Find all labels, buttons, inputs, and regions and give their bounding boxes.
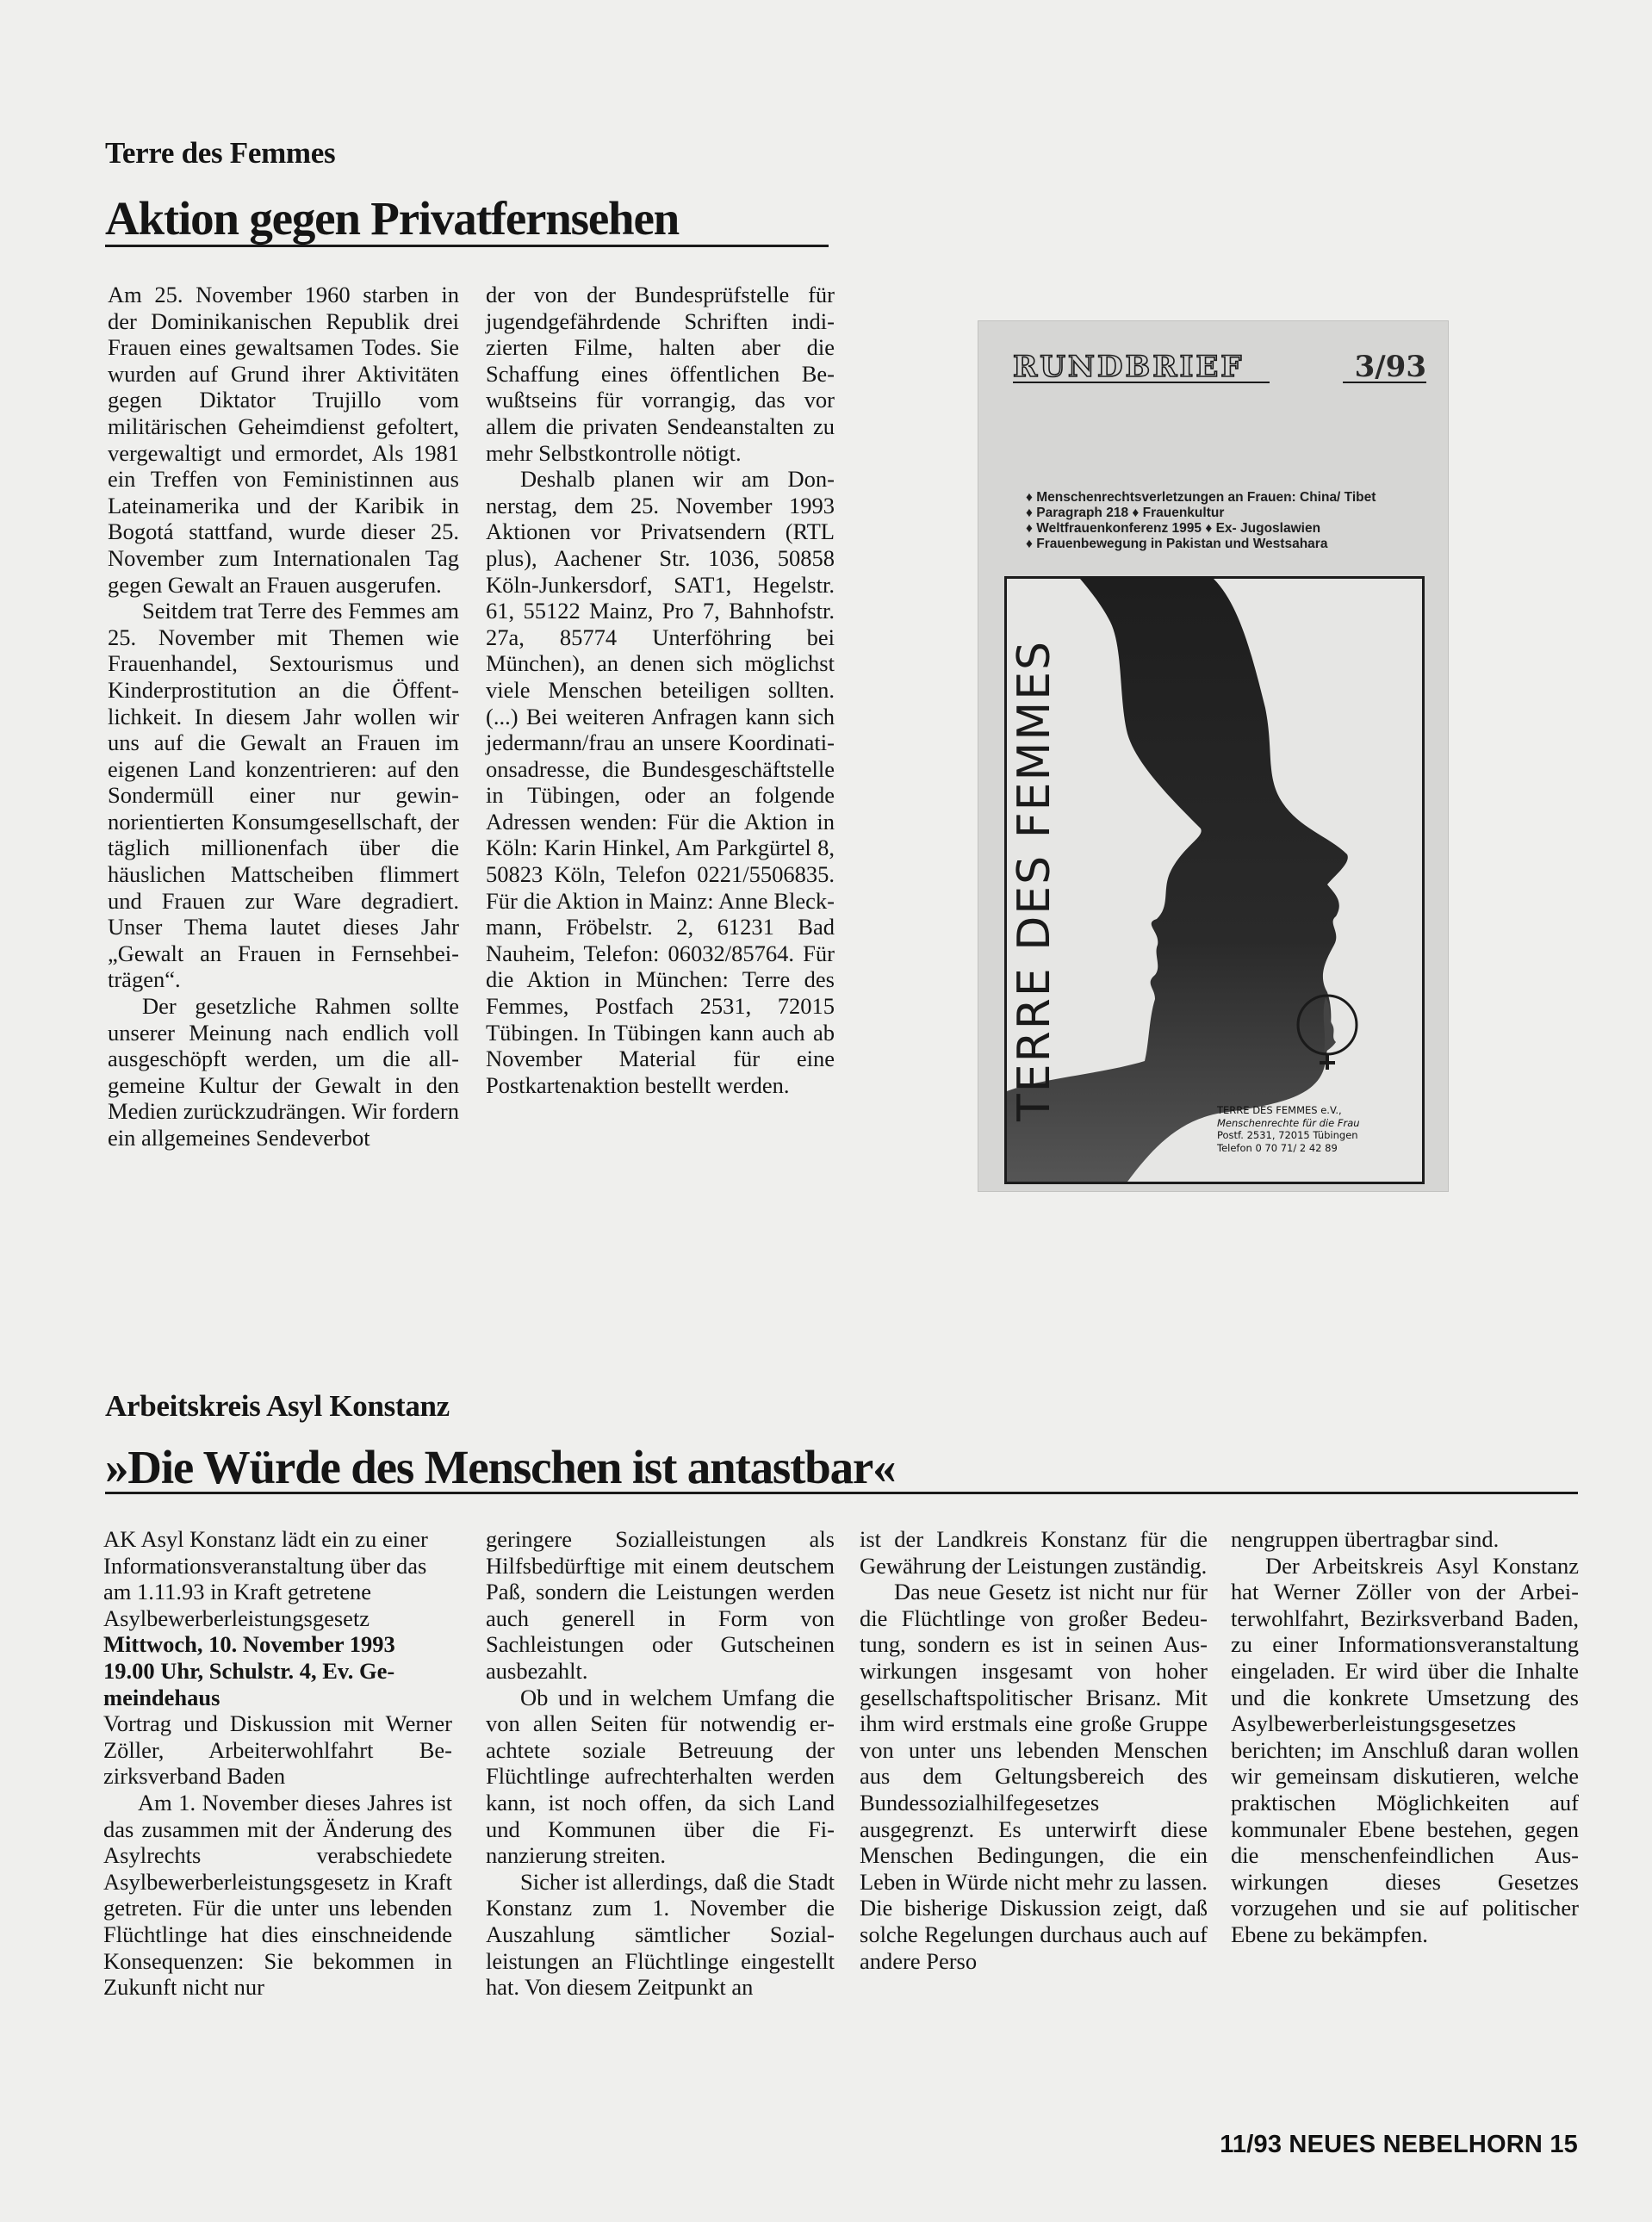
cover-masthead: RUNDBRIEF 3/93	[1013, 352, 1426, 383]
paragraph: Ob und in welchem Umfang die von allen S…	[486, 1685, 835, 1869]
diamond-bullet-icon: ♦	[1132, 506, 1139, 520]
cover-issue: 3/93	[1343, 352, 1426, 383]
paragraph: Deshalb planen wir am Don­nerstag, dem 2…	[486, 466, 835, 1098]
article1-column-2: der von der Bundesprüfstelle für jugendg…	[486, 282, 835, 1098]
cover-topic: Ex- Jugoslawien	[1216, 521, 1320, 536]
diamond-bullet-icon: ♦	[1026, 521, 1033, 536]
paragraph: der von der Bundesprüfstelle für jugendg…	[486, 282, 835, 466]
event-date-paragraph: Mittwoch, 10. November 1993 19.00 Uhr, S…	[103, 1631, 452, 1710]
article1-headline-rule	[105, 245, 829, 247]
paragraph: Das neue Gesetz ist nicht nur für die Fl…	[860, 1579, 1208, 1974]
cover-vertical-title: TERRE DES FEMMES	[1009, 596, 1060, 1121]
cover-topic: Weltfrauenkonferenz 1995	[1036, 521, 1202, 536]
cover-address: TERRE DES FEMMES e.V., Menschenrechte fü…	[1217, 1104, 1360, 1154]
article2-column-4: nengruppen übertragbar sind. Der Arbeits…	[1231, 1526, 1579, 1948]
paragraph: Am 1. November dieses Jahres ist das zus…	[103, 1790, 452, 2001]
cover-address-line: Telefon 0 70 71/ 2 42 89	[1217, 1142, 1360, 1155]
paragraph: Vortrag und Diskussion mit Wer­ner Zölle…	[103, 1710, 452, 1790]
cover-address-line: Menschenrechte für die Frau	[1217, 1117, 1360, 1130]
cover-topic: Frauenbewegung in Pakistan und Westsahar…	[1036, 537, 1327, 551]
paragraph: Der gesetzliche Rahmen sollte unserer Me…	[108, 993, 459, 1151]
article2-headline-rule	[105, 1492, 1578, 1494]
cover-illustration-frame: TERRE DES FEMMES TERRE DES FEMMES e.V., …	[1004, 576, 1425, 1184]
article2-kicker: Arbeitskreis Asyl Konstanz	[105, 1389, 450, 1424]
cover-topic: Paragraph 218	[1036, 506, 1128, 520]
paragraph: Seitdem trat Terre des Femmes am 25. Nov…	[108, 598, 459, 993]
page-footer: 11/93 NEUES NEBELHORN 15	[1220, 2131, 1578, 2159]
paragraph: Am 25. November 1960 starben in der Domi…	[108, 282, 459, 598]
paragraph: Der Arbeitskreis Asyl Konstanz hat Werne…	[1231, 1553, 1579, 1948]
paragraph: geringere Sozialleistungen als Hilfsbedü…	[486, 1526, 835, 1685]
article2-column-3: ist der Landkreis Konstanz für die Gewäh…	[860, 1526, 1208, 1974]
article1-column-1: Am 25. November 1960 starben in der Domi…	[108, 282, 459, 1151]
article1-kicker: Terre des Femmes	[105, 136, 335, 171]
diamond-bullet-icon: ♦	[1026, 490, 1033, 505]
cover-address-line: TERRE DES FEMMES e.V.,	[1217, 1104, 1360, 1117]
cover-topic: Frauenkultur	[1143, 506, 1225, 520]
face-profile-silhouette-icon	[1007, 579, 1422, 1182]
cover-topics: ♦ Menschenrechtsverletzungen an Frauen: …	[1026, 490, 1431, 552]
paragraph: Sicher ist allerdings, daß die Stadt Kon…	[486, 1869, 835, 2001]
article1-headline: Aktion gegen Privatfernsehen	[105, 191, 679, 245]
article2-headline: »Die Würde des Menschen ist antastbar«	[105, 1440, 895, 1494]
cover-topic: Menschenrechtsverletzungen an Frauen: Ch…	[1036, 490, 1376, 505]
diamond-bullet-icon: ♦	[1026, 537, 1033, 551]
cover-title: RUNDBRIEF	[1013, 352, 1270, 383]
paragraph: ist der Landkreis Konstanz für die Gewäh…	[860, 1526, 1208, 1579]
article2-column-2: geringere Sozialleistungen als Hilfsbedü…	[486, 1526, 835, 2001]
cover-address-line: Postf. 2531, 72015 Tübingen	[1217, 1129, 1360, 1142]
paragraph: AK Asyl Konstanz lädt ein zu einer Infor…	[103, 1526, 452, 1631]
rundbrief-cover-image: RUNDBRIEF 3/93 ♦ Menschenrechtsverletzun…	[978, 320, 1449, 1192]
paragraph: nengruppen übertragbar sind.	[1231, 1526, 1579, 1553]
diamond-bullet-icon: ♦	[1205, 521, 1212, 536]
article2-column-1: AK Asyl Konstanz lädt ein zu einer Infor…	[103, 1526, 452, 2001]
diamond-bullet-icon: ♦	[1026, 506, 1033, 520]
